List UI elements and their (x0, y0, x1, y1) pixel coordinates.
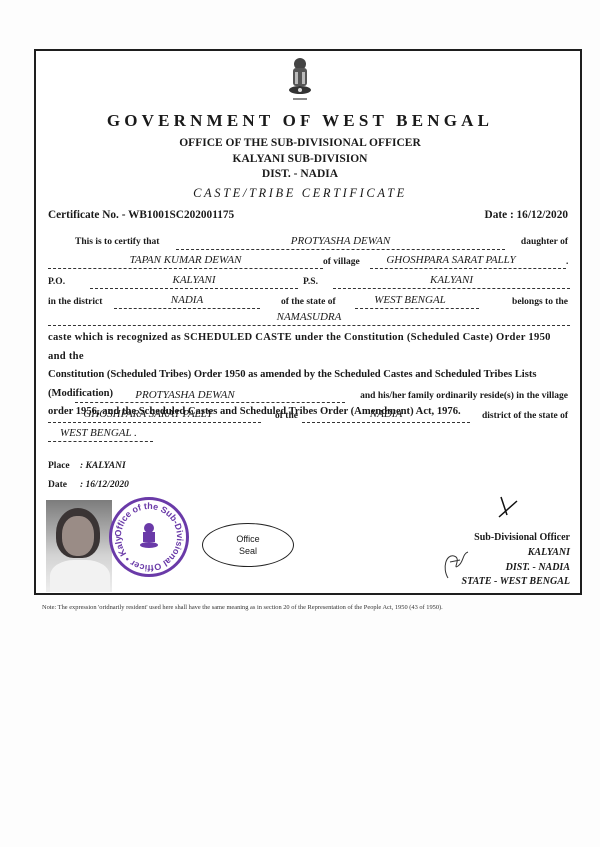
government-title: GOVERNMENT OF WEST BENGAL (0, 111, 600, 131)
office-seal: Office Seal (202, 523, 294, 567)
of-the-label: of the (275, 411, 298, 421)
paragraph-line: caste which is recognized as SCHEDULED C… (48, 329, 570, 366)
po-value: KALYANI (90, 274, 298, 286)
dashed-line (302, 422, 470, 423)
resident-state: WEST BENGAL . (60, 427, 137, 439)
belongs-label: belongs to the (512, 297, 568, 307)
district-title: DIST. - NADIA (0, 168, 600, 180)
certify-label: This is to certify that (75, 237, 159, 247)
caste-value: NAMASUDRA (48, 311, 570, 323)
place-value: : KALYANI (80, 461, 126, 471)
dashed-line (75, 402, 345, 403)
officer-state: STATE - WEST BENGAL (462, 576, 570, 587)
dashed-line (48, 268, 323, 269)
relation-label: daughter of (521, 237, 568, 247)
district-value: NADIA (114, 294, 260, 306)
date-value: : 16/12/2020 (80, 480, 129, 490)
village-end: . (566, 257, 568, 267)
village-label: of village (323, 257, 360, 267)
state-value: WEST BENGAL (355, 294, 465, 306)
dashed-line (370, 268, 566, 269)
dashed-line (333, 288, 570, 289)
reside-label: and his/her family ordinarily reside(s) … (360, 391, 568, 401)
officer-title: Sub-Divisional Officer (474, 532, 570, 543)
dashed-line (48, 325, 570, 326)
certificate-date: Date : 16/12/2020 (485, 209, 568, 221)
dashed-line (176, 249, 505, 250)
document-title: CASTE/TRIBE CERTIFICATE (0, 186, 600, 201)
district-label: in the district (48, 297, 102, 307)
po-label: P.O. (48, 277, 65, 287)
applicant-name: PROTYASHA DEWAN (176, 235, 505, 247)
footnote: Note: The expression 'oridnarily residen… (42, 604, 443, 611)
subdivision-title: KALYANI SUB-DIVISION (0, 153, 600, 165)
office-title: OFFICE OF THE SUB-DIVISIONAL OFFICER (0, 137, 600, 149)
father-name: TAPAN KUMAR DEWAN (48, 254, 323, 266)
officer-place: KALYANI (528, 547, 570, 558)
certificate-number: Certificate No. - WB1001SC202001175 (48, 209, 234, 221)
office-stamp: Office of the Sub-Divisional Officer • K… (109, 497, 189, 577)
state-label: of the state of (281, 297, 336, 307)
ps-label: P.S. (303, 277, 318, 287)
resident-village: GHOSHPARA SARAT PALLY (48, 408, 248, 420)
dashed-line (90, 288, 298, 289)
resident-name: PROTYASHA DEWAN (75, 389, 295, 401)
seal-line: Office (203, 533, 293, 545)
place-label: Place (48, 461, 70, 471)
signature-mark-icon (497, 495, 519, 519)
applicant-photo (46, 500, 112, 592)
dashed-line (114, 308, 260, 309)
village-name: GHOSHPARA SARAT PALLY (366, 254, 536, 266)
dashed-line (48, 441, 153, 442)
seal-line: Seal (203, 545, 293, 557)
dashed-line (355, 308, 479, 309)
officer-district: DIST. - NADIA (506, 562, 570, 573)
ps-value: KALYANI (333, 274, 570, 286)
resident-district: NADIA (302, 408, 470, 420)
district-suffix-label: district of the state of (482, 411, 568, 421)
stamp-emblem-icon (139, 522, 159, 552)
dashed-line (48, 422, 261, 423)
state-emblem-icon (287, 56, 313, 106)
date-label: Date (48, 480, 67, 490)
